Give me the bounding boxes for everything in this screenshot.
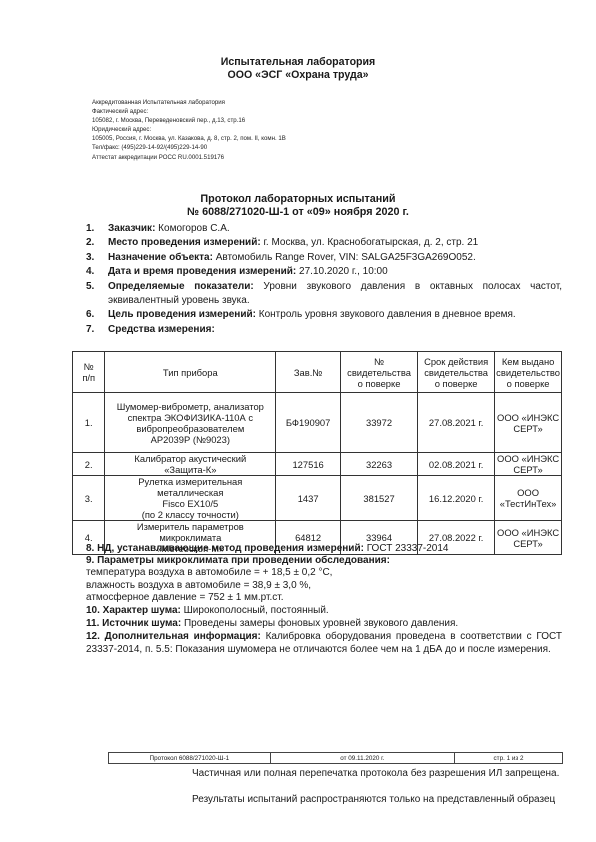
lab-info-block: Аккредитованная Испытательная лаборатори… [92,98,286,162]
lab-info-line: Юридический адрес: [92,125,286,134]
col-header: Срок действиясвидетельствао поверке [418,352,495,393]
table-cell: 381527 [341,476,418,521]
table-cell: 32263 [341,453,418,476]
footer-page: стр. 1 из 2 [455,753,563,764]
section-nd: 8. НД, устанавливающие метод проведения … [86,543,562,555]
table-cell: 3. [73,476,105,521]
microclimate-line: температура воздуха в автомобиле = + 18,… [86,567,562,579]
col-header: Кем выданосвидетельствоо поверке [495,352,562,393]
table-cell: 1437 [276,476,341,521]
table-cell: ООО «ИНЭКССЕРТ» [495,393,562,453]
lab-info-line: Тел/факс: (495)229-14-92/(495)229-14-90 [92,143,286,152]
table-cell: 27.08.2021 г. [418,393,495,453]
item-instruments: 7. Средства измерения: [86,323,562,337]
table-row: 2.Калибратор акустический«Защита-К»12751… [73,453,562,476]
lab-info-line: 105082, г. Москва, Переведеновский пер.,… [92,116,286,125]
section-extra-info: 12. Дополнительная информация: Калибровк… [86,631,562,655]
table-cell: 1. [73,393,105,453]
lab-header: Испытательная лаборатория ООО «ЭСГ «Охра… [0,56,596,82]
table-cell: БФ190907 [276,393,341,453]
col-header: Тип прибора [105,352,276,393]
footer-date: от 09.11.2020 г. [270,753,454,764]
footer-protocol: Протокол 6088/271020-Ш-1 [109,753,271,764]
item-datetime: 4. Дата и время проведения измерений: 27… [86,265,562,279]
protocol-number: № 6088/271020-Ш-1 от «09» ноября 2020 г. [0,206,596,219]
results-notice: Результаты испытаний распространяются то… [192,794,555,806]
page-footer-table: Протокол 6088/271020-Ш-1 от 09.11.2020 г… [108,752,563,764]
col-header: №свидетельствао поверке [341,352,418,393]
table-cell: 2. [73,453,105,476]
table-cell: Калибратор акустический«Защита-К» [105,453,276,476]
table-cell: 16.12.2020 г. [418,476,495,521]
table-cell: Шумомер-виброметр, анализаторспектра ЭКО… [105,393,276,453]
section-noise-type: 10. Характер шума: Широкополосный, посто… [86,605,562,617]
microclimate-line: атмосферное давление = 752 ± 1 мм.рт.ст. [86,592,562,604]
protocol-items: 1. Заказчик: Комогоров С.А. 2. Место про… [86,222,562,337]
table-header-row: №п/п Тип прибора Зав.№ №свидетельствао п… [73,352,562,393]
additional-sections: 8. НД, устанавливающие метод проведения … [86,543,562,656]
col-header: Зав.№ [276,352,341,393]
lab-info-line: Фактический адрес: [92,107,286,116]
table-cell: Рулетка измерительная металлическаяFisco… [105,476,276,521]
table-cell: ООО «ИНЭКССЕРТ» [495,453,562,476]
instruments-table: №п/п Тип прибора Зав.№ №свидетельствао п… [72,351,562,555]
item-customer: 1. Заказчик: Комогоров С.А. [86,222,562,236]
microclimate-line: влажность воздуха в автомобиле = 38,9 ± … [86,580,562,592]
protocol-title: Протокол лабораторных испытаний № 6088/2… [0,193,596,218]
protocol-title-line1: Протокол лабораторных испытаний [0,193,596,206]
table-cell: 127516 [276,453,341,476]
lab-title-line2: ООО «ЭСГ «Охрана труда» [0,69,596,82]
item-object: 3. Назначение объекта: Автомобиль Range … [86,251,562,265]
table-row: 1.Шумомер-виброметр, анализаторспектра Э… [73,393,562,453]
table-cell: ООО«ТестИнТех» [495,476,562,521]
lab-title-line1: Испытательная лаборатория [0,56,596,69]
table-row: 3.Рулетка измерительная металлическаяFis… [73,476,562,521]
table-cell: 02.08.2021 г. [418,453,495,476]
reprint-notice: Частичная или полная перепечатка протоко… [192,768,559,780]
lab-info-line: 105005, Россия, г. Москва, ул. Казакова,… [92,134,286,143]
item-purpose: 6. Цель проведения измерений: Контроль у… [86,308,562,322]
lab-info-line: Аккредитованная Испытательная лаборатори… [92,98,286,107]
col-header: №п/п [73,352,105,393]
item-location: 2. Место проведения измерений: г. Москва… [86,236,562,250]
table-cell: 33972 [341,393,418,453]
section-noise-source: 11. Источник шума: Проведены замеры фоно… [86,618,562,630]
item-indicators: 5. Определяемые показатели: Уровни звуко… [86,280,562,309]
section-microclimate: 9. Параметры микроклимата при проведении… [86,555,562,567]
lab-info-line: Аттестат аккредитации РОСС RU.0001.51917… [92,153,286,162]
